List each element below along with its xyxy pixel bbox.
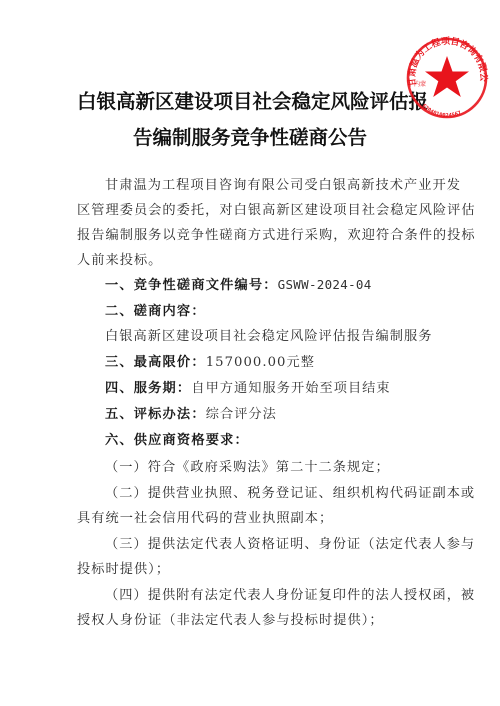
requirement-item-continued: 投标时提供）； [77,558,170,577]
document-page: 白银高新区建设项目社会稳定风险评估报 告编制服务竞争性磋商公告 甘肃温为工程项目… [0,0,500,706]
section-max-price: 三、最高限价：157000.00元整 [105,351,315,370]
star-icon [425,56,469,97]
consultation-content-text: 白银高新区建设项目社会稳定风险评估报告编制服务 [105,325,432,344]
intro-line: 报告编制服务以竞争性磋商方式进行采购，欢迎符合条件的投标 [77,224,476,243]
requirement-item: （二）提供营业执照、税务登记证、组织机构代码证副本或 [105,482,475,501]
requirement-item: （四）提供附有法定代表人身份证复印件的法人授权函，被 [105,584,475,603]
section-label: 二、磋商内容： [105,304,206,319]
section-label: 五、评标办法： [105,407,206,422]
section-evaluation-method: 五、评标办法：综合评分法 [105,403,277,422]
max-price-value: 157000.00元整 [206,355,315,370]
section-document-number: 一、竞争性磋商文件编号：GSWW-2024-04 [105,274,372,293]
requirement-item-continued: 授权人身份证（非法定代表人参与投标时提供）； [77,609,384,628]
intro-line: 人前来投标。 [77,249,162,268]
requirement-item-continued: 具有统一社会信用代码的营业执照副本； [77,507,333,526]
section-label: 三、最高限价： [105,355,206,370]
requirement-item: （一）符合《政府采购法》第二十二条规定； [105,456,390,475]
company-seal-stamp: 甘肃温为工程项目咨询有限公司 内蒙 6204010024567 [392,34,496,126]
section-consultation-content: 二、磋商内容： [105,300,206,319]
requirement-item: （三）提供法定代表人资格证明、身份证（法定代表人参与 [105,533,475,552]
seal-code: 6204010024567 [421,103,463,119]
svg-text:6204010024567: 6204010024567 [421,103,463,119]
evaluation-method-value: 综合评分法 [206,407,277,422]
section-label: 一、竞争性磋商文件编号： [105,278,278,293]
seal-subtext: 内蒙 [414,80,426,88]
section-service-period: 四、服务期：自甲方通知服务开始至项目结束 [105,377,391,396]
intro-line: 区管理委员会的委托，对白银高新区建设项目社会稳定风险评估 [77,199,476,218]
intro-line: 甘肃温为工程项目咨询有限公司受白银高新技术产业开发 [105,174,461,193]
document-title-line-2: 告编制服务竞争性磋商公告 [0,122,500,150]
section-label: 六、供应商资格要求： [105,433,249,448]
document-title-line-1: 白银高新区建设项目社会稳定风险评估报 [77,86,428,114]
section-supplier-qualifications: 六、供应商资格要求： [105,429,249,448]
service-period-value: 自甲方通知服务开始至项目结束 [191,381,390,396]
section-label: 四、服务期： [105,381,191,396]
document-number-value: GSWW-2024-04 [278,277,372,292]
